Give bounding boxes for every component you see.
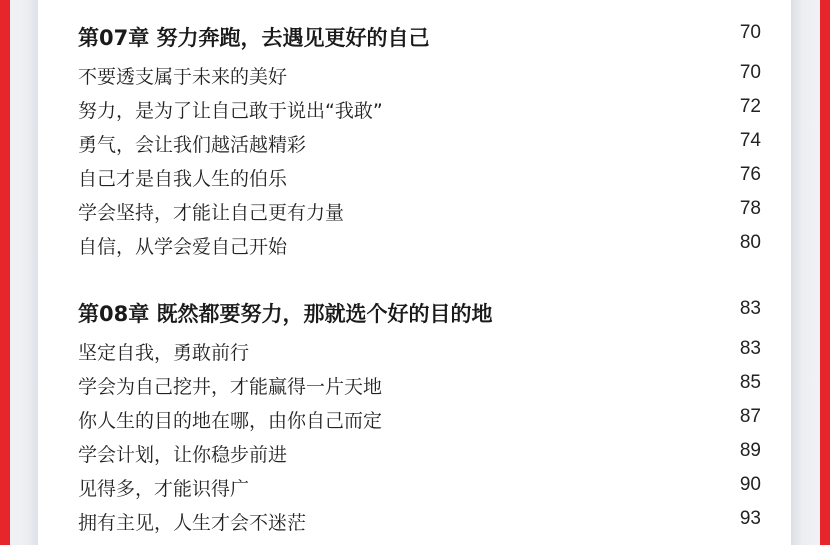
- toc-entry[interactable]: 学会为自己挖井，才能赢得一片天地 85: [78, 372, 761, 406]
- page-number: 89: [740, 440, 761, 462]
- toc-entry[interactable]: 学会计划，让你稳步前进 89: [78, 440, 761, 474]
- page-number: 83: [740, 338, 761, 360]
- page-number: 85: [740, 372, 761, 394]
- left-red-border: [0, 0, 10, 545]
- chapter-heading[interactable]: 第08章 既然都要努力，那就选个好的目的地 83: [78, 298, 761, 338]
- entry-title: 不要透支属于未来的美好: [78, 62, 287, 89]
- page-number: 70: [740, 62, 761, 84]
- page-number: 93: [740, 508, 761, 530]
- chapter-title: 第07章 努力奔跑，去遇见更好的自己: [78, 22, 430, 52]
- page-number: 76: [740, 164, 761, 186]
- page-number: 90: [740, 474, 761, 496]
- page-number: 72: [740, 96, 761, 118]
- toc-entry[interactable]: 你人生的目的地在哪，由你自己而定 87: [78, 406, 761, 440]
- toc-entry[interactable]: 坚定自我，勇敢前行 83: [78, 338, 761, 372]
- entry-title: 坚定自我，勇敢前行: [78, 338, 249, 365]
- entry-title: 你人生的目的地在哪，由你自己而定: [78, 406, 382, 433]
- right-red-border: [820, 0, 830, 545]
- toc-entry[interactable]: 学会坚持，才能让自己更有力量 78: [78, 198, 761, 232]
- left-page-shadow: [10, 0, 38, 545]
- page-number: 87: [740, 406, 761, 428]
- toc-entry[interactable]: 努力，是为了让自己敢于说出“我敢” 72: [78, 96, 761, 130]
- chapter-08: 第08章 既然都要努力，那就选个好的目的地 83 坚定自我，勇敢前行 83 学会…: [78, 298, 761, 542]
- entry-title: 自信，从学会爱自己开始: [78, 232, 287, 259]
- page-number: 80: [740, 232, 761, 254]
- page-number: 78: [740, 198, 761, 220]
- page-number: 70: [740, 22, 761, 44]
- entry-title: 勇气，会让我们越活越精彩: [78, 130, 306, 157]
- page-number: 83: [740, 298, 761, 320]
- entry-title: 学会为自己挖井，才能赢得一片天地: [78, 372, 382, 399]
- toc-page: 第07章 努力奔跑，去遇见更好的自己 70 不要透支属于未来的美好 70 努力，…: [38, 0, 791, 545]
- chapter-07: 第07章 努力奔跑，去遇见更好的自己 70 不要透支属于未来的美好 70 努力，…: [78, 22, 761, 266]
- toc-entry[interactable]: 拥有主见，人生才会不迷茫 93: [78, 508, 761, 542]
- entry-title: 努力，是为了让自己敢于说出“我敢”: [78, 96, 383, 123]
- entry-title: 学会坚持，才能让自己更有力量: [78, 198, 344, 225]
- toc-entry[interactable]: 见得多，才能识得广 90: [78, 474, 761, 508]
- entry-title: 见得多，才能识得广: [78, 474, 249, 501]
- entry-title: 学会计划，让你稳步前进: [78, 440, 287, 467]
- right-page-shadow: [791, 0, 820, 545]
- toc-entry[interactable]: 勇气，会让我们越活越精彩 74: [78, 130, 761, 164]
- toc-entry[interactable]: 自信，从学会爱自己开始 80: [78, 232, 761, 266]
- toc-entry[interactable]: 不要透支属于未来的美好 70: [78, 62, 761, 96]
- entry-title: 自己才是自我人生的伯乐: [78, 164, 287, 191]
- entry-title: 拥有主见，人生才会不迷茫: [78, 508, 306, 535]
- chapter-title: 第08章 既然都要努力，那就选个好的目的地: [78, 298, 493, 328]
- toc-entry[interactable]: 自己才是自我人生的伯乐 76: [78, 164, 761, 198]
- chapter-heading[interactable]: 第07章 努力奔跑，去遇见更好的自己 70: [78, 22, 761, 62]
- page-number: 74: [740, 130, 761, 152]
